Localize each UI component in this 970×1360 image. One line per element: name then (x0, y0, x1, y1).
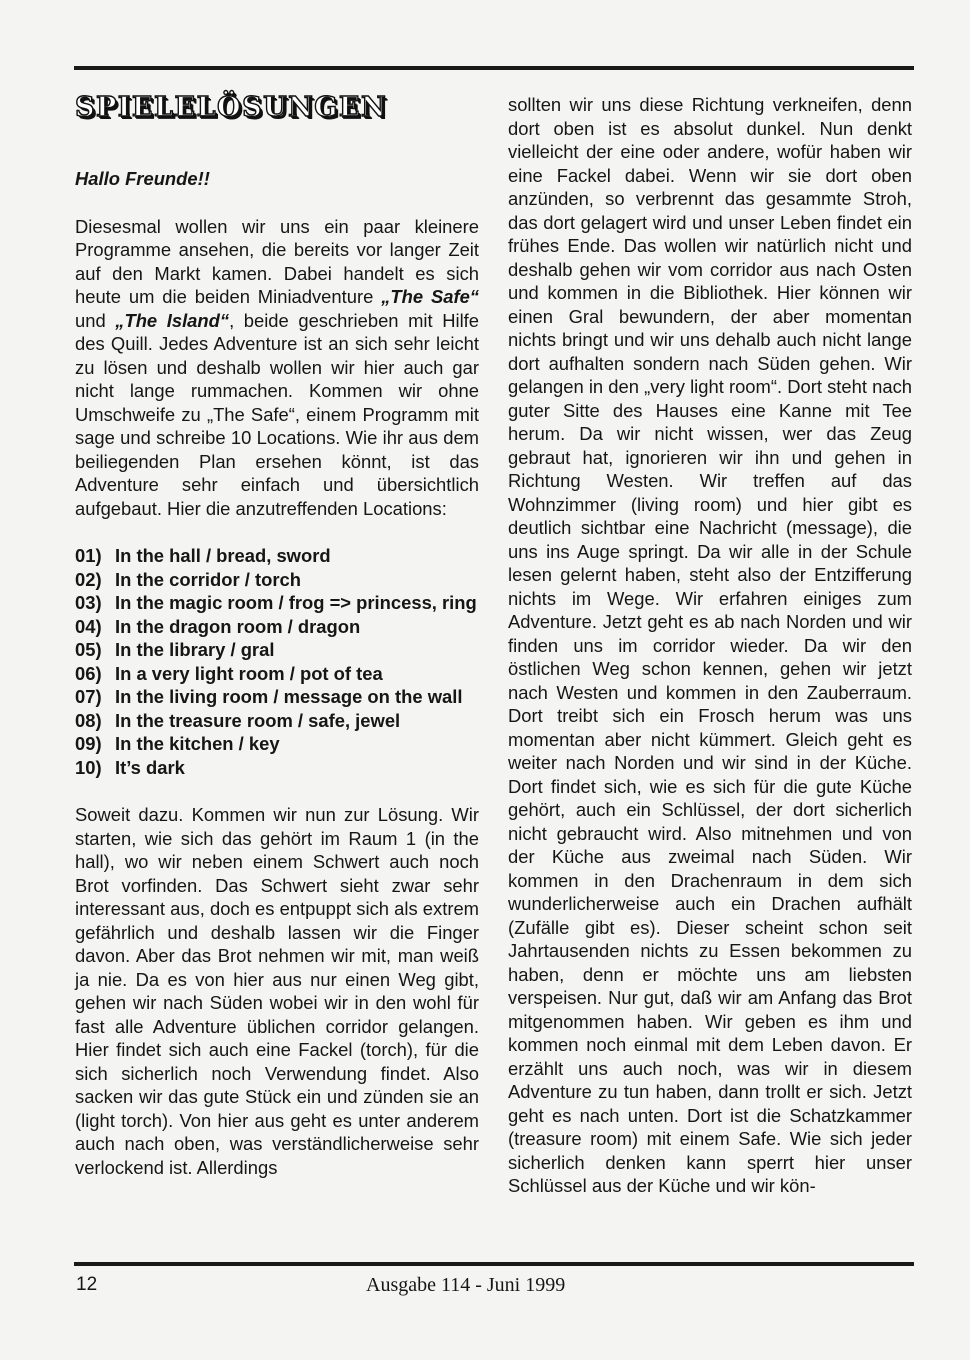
list-item: 07)In the living room / message on the w… (75, 685, 479, 709)
right-column: sollten wir uns diese Richtung verkneife… (508, 93, 912, 1198)
list-item: 08)In the treasure room / safe, jewel (75, 709, 479, 733)
list-item: 05)In the library / gral (75, 638, 479, 662)
solution-paragraph-right: sollten wir uns diese Richtung verkneife… (508, 93, 912, 1198)
left-column: SPIELELÖSUNGEN Hallo Freunde!! Diesesmal… (75, 92, 479, 1179)
list-item: 03)In the magic room / frog => princess,… (75, 591, 479, 615)
top-rule (74, 66, 914, 70)
list-item: 02)In the corridor / torch (75, 568, 479, 592)
game-title-the-safe: „The Safe“ (381, 286, 479, 307)
list-item: 06)In a very light room / pot of tea (75, 662, 479, 686)
bottom-rule (74, 1262, 914, 1266)
list-item: 04)In the dragon room / dragon (75, 615, 479, 639)
page-number: 12 (76, 1274, 97, 1296)
locations-list: 01)In the hall / bread, sword 02)In the … (75, 544, 479, 779)
issue-label: Ausgabe 114 - Juni 1999 (366, 1274, 565, 1297)
solution-paragraph-left: Soweit dazu. Kommen wir nun zur Lösung. … (75, 803, 479, 1179)
greeting: Hallo Freunde!! (75, 167, 479, 191)
list-item: 10)It’s dark (75, 756, 479, 780)
page-footer: 12 Ausgabe 114 - Juni 1999 (76, 1274, 916, 1300)
intro-paragraph: Diesesmal wollen wir uns ein paar kleine… (75, 215, 479, 521)
list-item: 09)In the kitchen / key (75, 732, 479, 756)
list-item: 01)In the hall / bread, sword (75, 544, 479, 568)
section-heading: SPIELELÖSUNGEN (75, 96, 479, 132)
game-title-the-island: „The Island“ (115, 310, 229, 331)
